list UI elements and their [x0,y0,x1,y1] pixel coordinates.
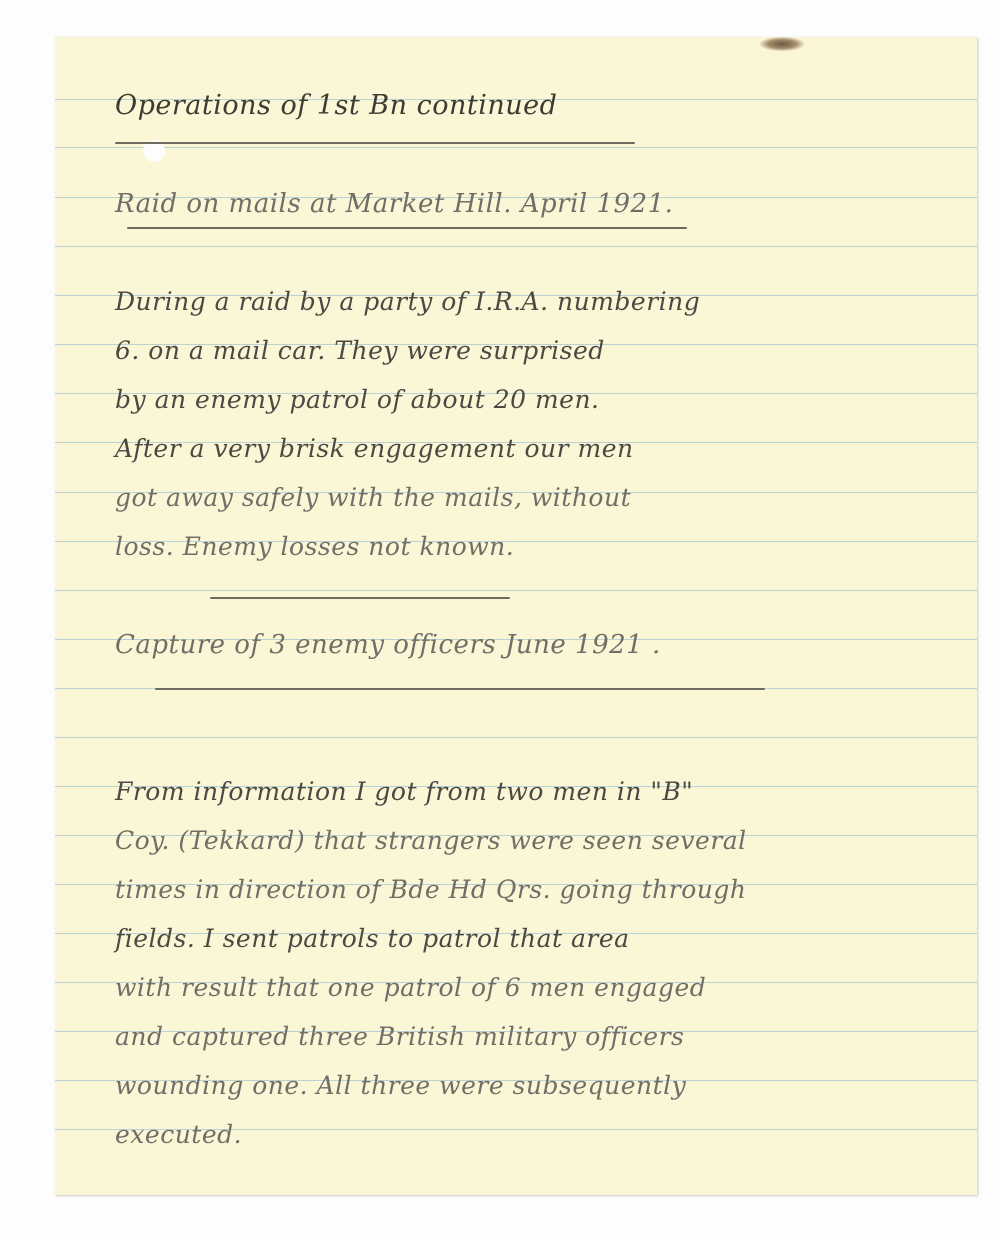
body-line: wounding one. All three were subsequentl… [115,1071,686,1100]
body-line: and captured three British military offi… [115,1022,684,1051]
ruled-line [55,246,977,247]
section-heading: Capture of 3 enemy officers June 1921 . [115,630,661,660]
handwritten-page: Operations of 1st Bn continued Raid on m… [55,37,977,1195]
body-line: Coy. (Tekkard) that strangers were seen … [115,826,747,855]
ruled-line [55,737,977,738]
page-title: Operations of 1st Bn continued [115,90,557,121]
body-line: 6. on a mail car. They were surprised [115,336,605,365]
heading-underline [155,688,765,690]
body-line: From information I got from two men in "… [115,777,693,806]
body-line: After a very brisk engagement our men [115,434,634,463]
body-line: loss. Enemy losses not known. [115,532,514,561]
section-heading: Raid on mails at Market Hill. April 1921… [115,189,673,219]
heading-underline [127,227,687,229]
body-line: During a raid by a party of I.R.A. numbe… [115,287,700,316]
ruled-line [55,147,977,148]
section-end-rule [210,597,510,599]
body-line: with result that one patrol of 6 men eng… [115,973,706,1002]
title-underline [115,142,635,144]
body-line: fields. I sent patrols to patrol that ar… [115,924,630,953]
body-line: times in direction of Bde Hd Qrs. going … [115,875,747,904]
body-line: by an enemy patrol of about 20 men. [115,385,600,414]
ruled-line [55,590,977,591]
ink-stain [760,37,804,51]
body-line: executed. [115,1120,242,1149]
body-line: got away safely with the mails, without [115,483,631,512]
